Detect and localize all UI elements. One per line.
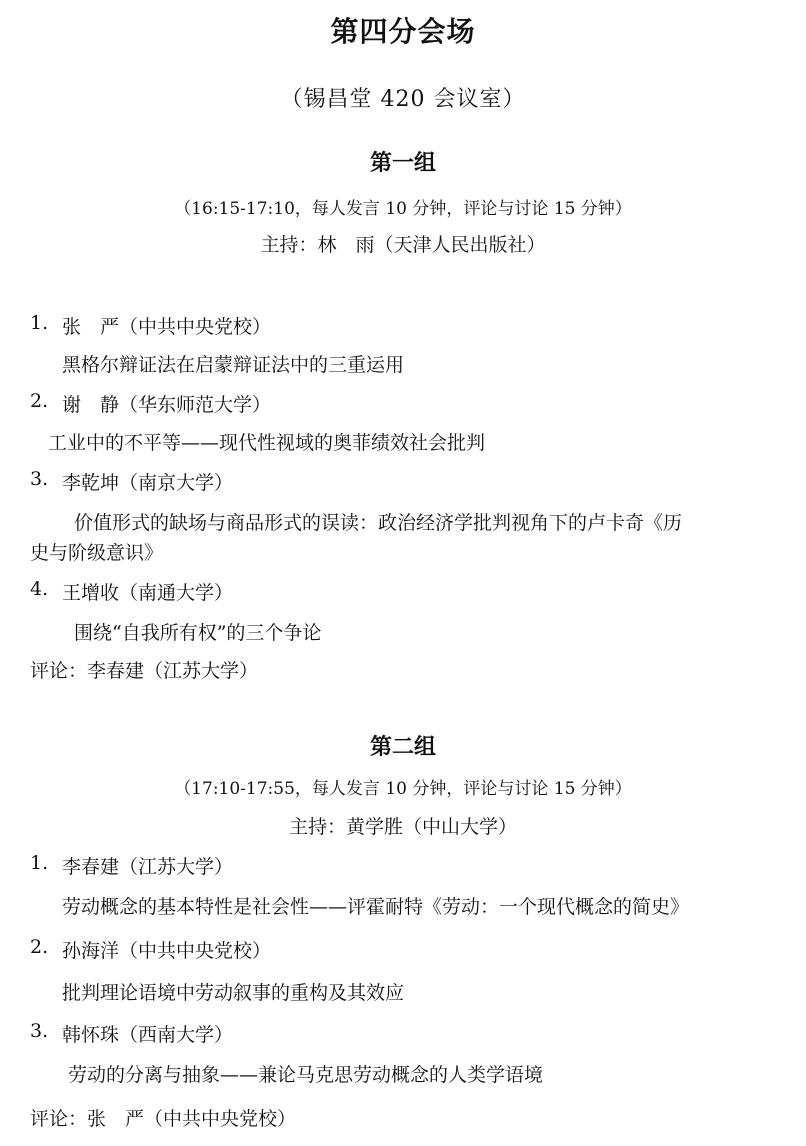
talk-title-continued: 史与阶级意识》 <box>30 538 163 565</box>
venue-room: （锡昌堂 420 会议室） <box>0 82 806 113</box>
group-1-schedule: （16:15-17:10，每人发言 10 分钟，评论与讨论 15 分钟） <box>0 194 806 219</box>
item-number: 2. <box>30 936 48 958</box>
talk-title: 劳动概念的基本特性是社会性——评霍耐特《劳动：一个现代概念的简史》 <box>62 892 689 919</box>
group-2-schedule: （17:10-17:55，每人发言 10 分钟，评论与讨论 15 分钟） <box>0 774 806 799</box>
talk-title: 劳动的分离与抽象——兼论马克思劳动概念的人类学语境 <box>68 1060 543 1087</box>
item-number: 2. <box>30 390 48 412</box>
talk-title: 价值形式的缺场与商品形式的误读：政治经济学批判视角下的卢卡奇《历 <box>74 508 682 535</box>
talk-title: 围绕“自我所有权”的三个争论 <box>74 618 321 645</box>
group-1-commentator: 评论：李春建（江苏大学） <box>30 656 258 683</box>
talk-title: 黑格尔辩证法在启蒙辩证法中的三重运用 <box>62 350 404 377</box>
speaker-name: 李春建（江苏大学） <box>62 852 233 879</box>
talk-title: 工业中的不平等——现代性视域的奥菲绩效社会批判 <box>48 428 485 455</box>
item-number: 3. <box>30 468 48 490</box>
group-1-host: 主持：林 雨（天津人民出版社） <box>0 230 806 257</box>
group-1-title: 第一组 <box>0 146 806 177</box>
speaker-name: 李乾坤（南京大学） <box>62 468 233 495</box>
talk-title: 批判理论语境中劳动叙事的重构及其效应 <box>62 978 404 1005</box>
group-2-commentator: 评论：张 严（中共中央党校） <box>30 1104 296 1131</box>
group-2-host: 主持：黄学胜（中山大学） <box>0 812 806 839</box>
venue-title: 第四分会场 <box>0 10 806 50</box>
group-2-title: 第二组 <box>0 730 806 761</box>
speaker-name: 孙海洋（中共中央党校） <box>62 936 271 963</box>
item-number: 4. <box>30 578 48 600</box>
speaker-name: 谢 静（华东师范大学） <box>62 390 271 417</box>
item-number: 1. <box>30 852 48 874</box>
speaker-name: 王增收（南通大学） <box>62 578 233 605</box>
speaker-name: 张 严（中共中央党校） <box>62 312 271 339</box>
item-number: 3. <box>30 1020 48 1042</box>
item-number: 1. <box>30 312 48 334</box>
speaker-name: 韩怀珠（西南大学） <box>62 1020 233 1047</box>
